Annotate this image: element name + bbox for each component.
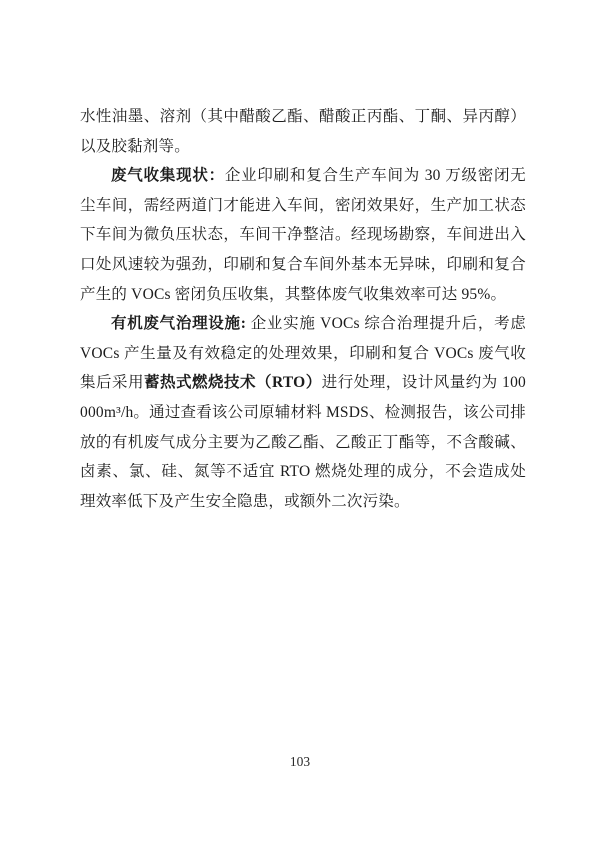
rto-technology-bold: 蓄热式燃烧技术（RTO） (144, 374, 322, 391)
paragraph-waste-gas-collection: 废气收集现状：企业印刷和复合生产车间为 30 万级密闭无尘车间，需经两道门才能进… (80, 161, 526, 309)
body-text: 水性油墨、溶剂（其中醋酸乙酯、醋酸正丙酯、丁酮、异丙醇）以及胶黏剂等。 废气收集… (80, 102, 526, 516)
page-number: 103 (0, 752, 600, 772)
paragraph-text: 企业印刷和复合生产车间为 30 万级密闭无尘车间，需经两道门才能进入车间，密闭效… (80, 167, 526, 302)
paragraph-text: 水性油墨、溶剂（其中醋酸乙酯、醋酸正丙酯、丁酮、异丙醇）以及胶黏剂等。 (80, 108, 526, 155)
paragraph-materials: 水性油墨、溶剂（其中醋酸乙酯、醋酸正丙酯、丁酮、异丙醇）以及胶黏剂等。 (80, 102, 526, 161)
paragraph-treatment-facility: 有机废气治理设施: 企业实施 VOCs 综合治理提升后，考虑 VOCs 产生量及… (80, 309, 526, 516)
paragraph-text: 进行处理，设计风量约为 100000m³/h。通过查看该公司原辅材料 MSDS、… (80, 374, 526, 509)
paragraph-label-bold: 废气收集现状： (111, 167, 225, 184)
paragraph-label-bold: 有机废气治理设施: (111, 315, 246, 332)
document-page: 水性油墨、溶剂（其中醋酸乙酯、醋酸正丙酯、丁酮、异丙醇）以及胶黏剂等。 废气收集… (0, 0, 600, 848)
